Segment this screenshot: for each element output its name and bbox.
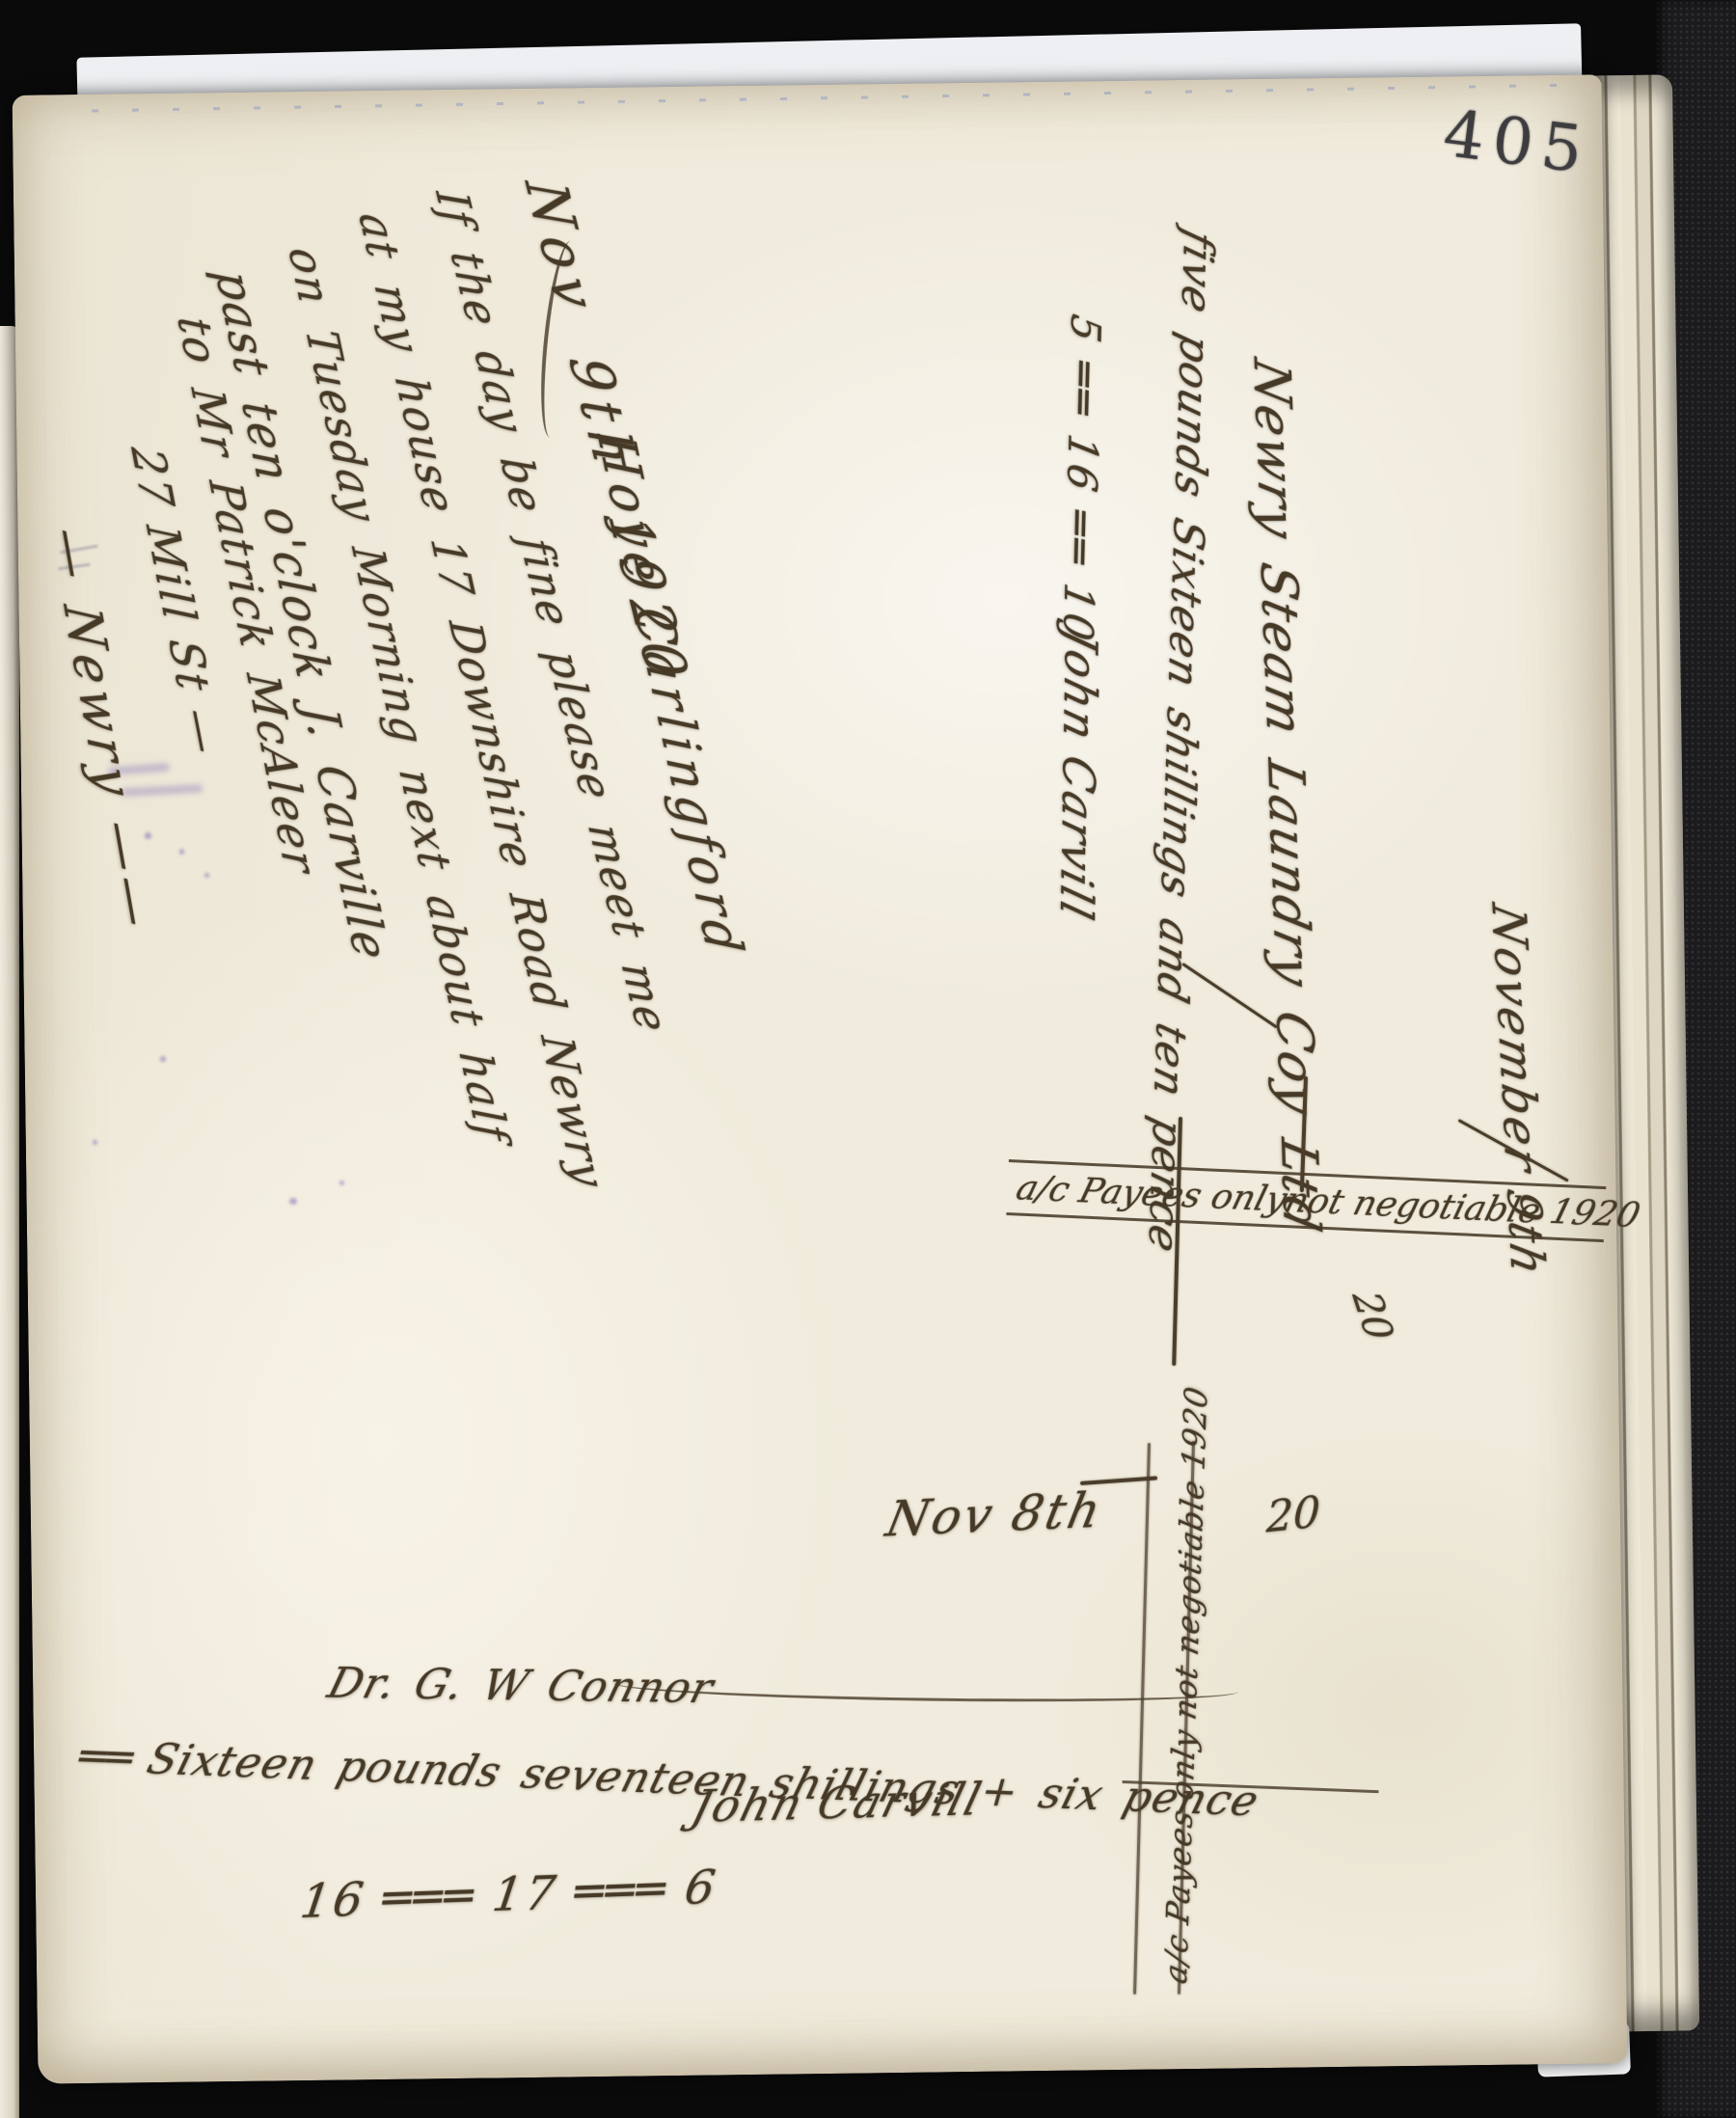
cheque2-signature: John Carvill bbox=[687, 1773, 989, 1833]
cheque2-year: 20 bbox=[1265, 1487, 1320, 1542]
crossing-text-left: a/c Payees only bbox=[1012, 1168, 1290, 1219]
cheque1-signature: John Carvill bbox=[1050, 625, 1107, 927]
purple-speck bbox=[204, 873, 209, 878]
cheque1-amount-figures: 5 ══ 16 ══ 10 bbox=[1053, 311, 1109, 648]
left-page-edge bbox=[0, 326, 19, 2118]
purple-speck bbox=[339, 1181, 344, 1185]
crossing-text-right: not negotiable 1920 bbox=[1281, 1181, 1644, 1235]
purple-speck bbox=[179, 849, 184, 855]
purple-speck bbox=[160, 1056, 166, 1062]
cheque2-date: Nov 8th bbox=[882, 1481, 1108, 1547]
purple-speck bbox=[289, 1198, 297, 1205]
purple-speck bbox=[93, 1140, 97, 1145]
scanned-book-photo: 405 Nov 9th 1920 Hoye Carlingford If the… bbox=[0, 0, 1736, 2118]
